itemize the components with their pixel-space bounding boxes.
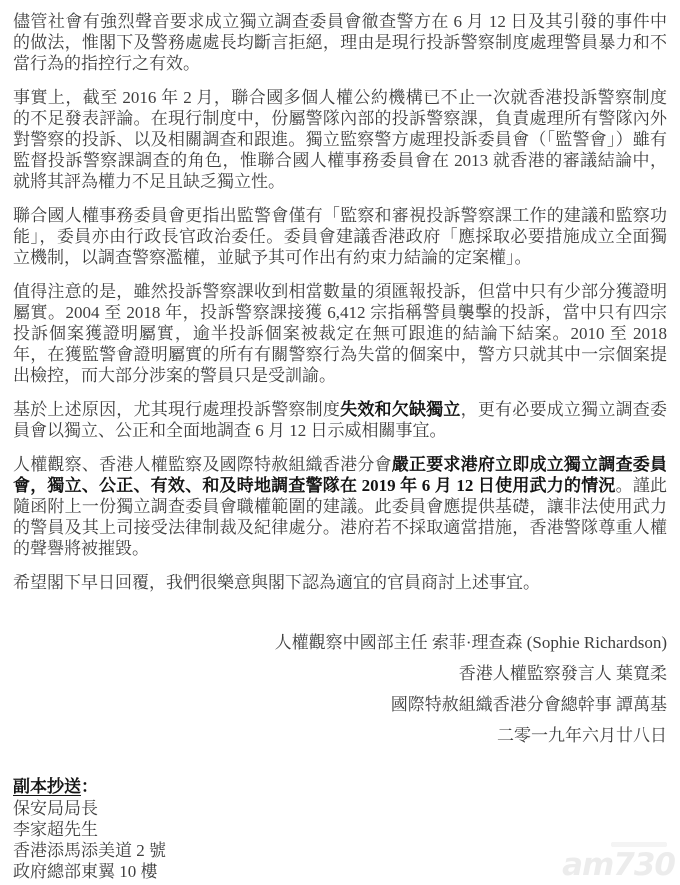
cc-line-3: 香港添馬添美道 2 號 [13,840,667,861]
paragraph-6: 人權觀察、香港人權監察及國際特赦組織香港分會嚴正要求港府立即成立獨立調查委員會，… [13,454,667,559]
signature-line-2: 香港人權監察發言人 葉寬柔 [13,658,667,689]
paragraph-2: 事實上，截至 2016 年 2 月，聯合國多個人權公約機構已不止一次就香港投訴警… [13,87,667,192]
paragraph-1: 儘管社會有強烈聲音要求成立獨立調查委員會徹查警方在 6 月 12 日及其引發的事… [13,11,667,74]
letter-page: 儘管社會有強烈聲音要求成立獨立調查委員會徹查警方在 6 月 12 日及其引發的事… [0,0,680,885]
signature-line-1: 人權觀察中國部主任 索菲·理查森 (Sophie Richardson) [13,627,667,658]
signature-line-4: 二零一九年六月廿八日 [13,720,667,751]
paragraph-3: 聯合國人權事務委員會更指出監警會僅有「監察和審視投訴警察課工作的建議和監察功能」… [13,205,667,268]
text-run: 值得注意的是，雖然投訴警察課收到相當數量的須匯報投訴，但當中只有少部分獲證明屬實… [13,282,667,385]
paragraph-4: 值得注意的是，雖然投訴警察課收到相當數量的須匯報投訴，但當中只有少部分獲證明屬實… [13,281,667,386]
cc-line-4: 政府總部東翼 10 樓 [13,861,667,882]
cc-heading: 副本抄送： [13,775,667,798]
paragraph-7: 希望閣下早日回覆，我們很樂意與閣下認為適宜的官員商討上述事宜。 [13,572,667,593]
letter-body: 儘管社會有強烈聲音要求成立獨立調查委員會徹查警方在 6 月 12 日及其引發的事… [13,11,667,593]
text-run: 儘管社會有強烈聲音要求成立獨立調查委員會徹查警方在 6 月 12 日及其引發的事… [13,12,667,73]
cc-colon: ： [81,777,98,796]
text-run: 希望閣下早日回覆，我們很樂意與閣下認為適宜的官員商討上述事宜。 [13,573,540,592]
bold-text-run: 失效和欠缺獨立 [340,400,461,419]
text-run: 基於上述原因，尤其現行處理投訴警察制度 [13,400,340,419]
cc-lines: 保安局局長李家超先生香港添馬添美道 2 號政府總部東翼 10 樓 [13,798,667,882]
signature-block: 人權觀察中國部主任 索菲·理查森 (Sophie Richardson)香港人權… [13,627,667,751]
text-run: 事實上，截至 2016 年 2 月，聯合國多個人權公約機構已不止一次就香港投訴警… [13,88,667,191]
cc-line-1: 保安局局長 [13,798,667,819]
paragraph-5: 基於上述原因，尤其現行處理投訴警察制度失效和欠缺獨立，更有必要成立獨立調查委員會… [13,399,667,441]
signature-line-3: 國際特赦組織香港分會總幹事 譚萬基 [13,689,667,720]
text-run: 人權觀察、香港人權監察及國際特赦組織香港分會 [13,455,392,474]
cc-line-2: 李家超先生 [13,819,667,840]
text-run: 聯合國人權事務委員會更指出監警會僅有「監察和審視投訴警察課工作的建議和監察功能」… [13,206,667,267]
cc-label: 副本抄送 [13,777,81,796]
cc-block: 副本抄送： 保安局局長李家超先生香港添馬添美道 2 號政府總部東翼 10 樓 [13,775,667,882]
